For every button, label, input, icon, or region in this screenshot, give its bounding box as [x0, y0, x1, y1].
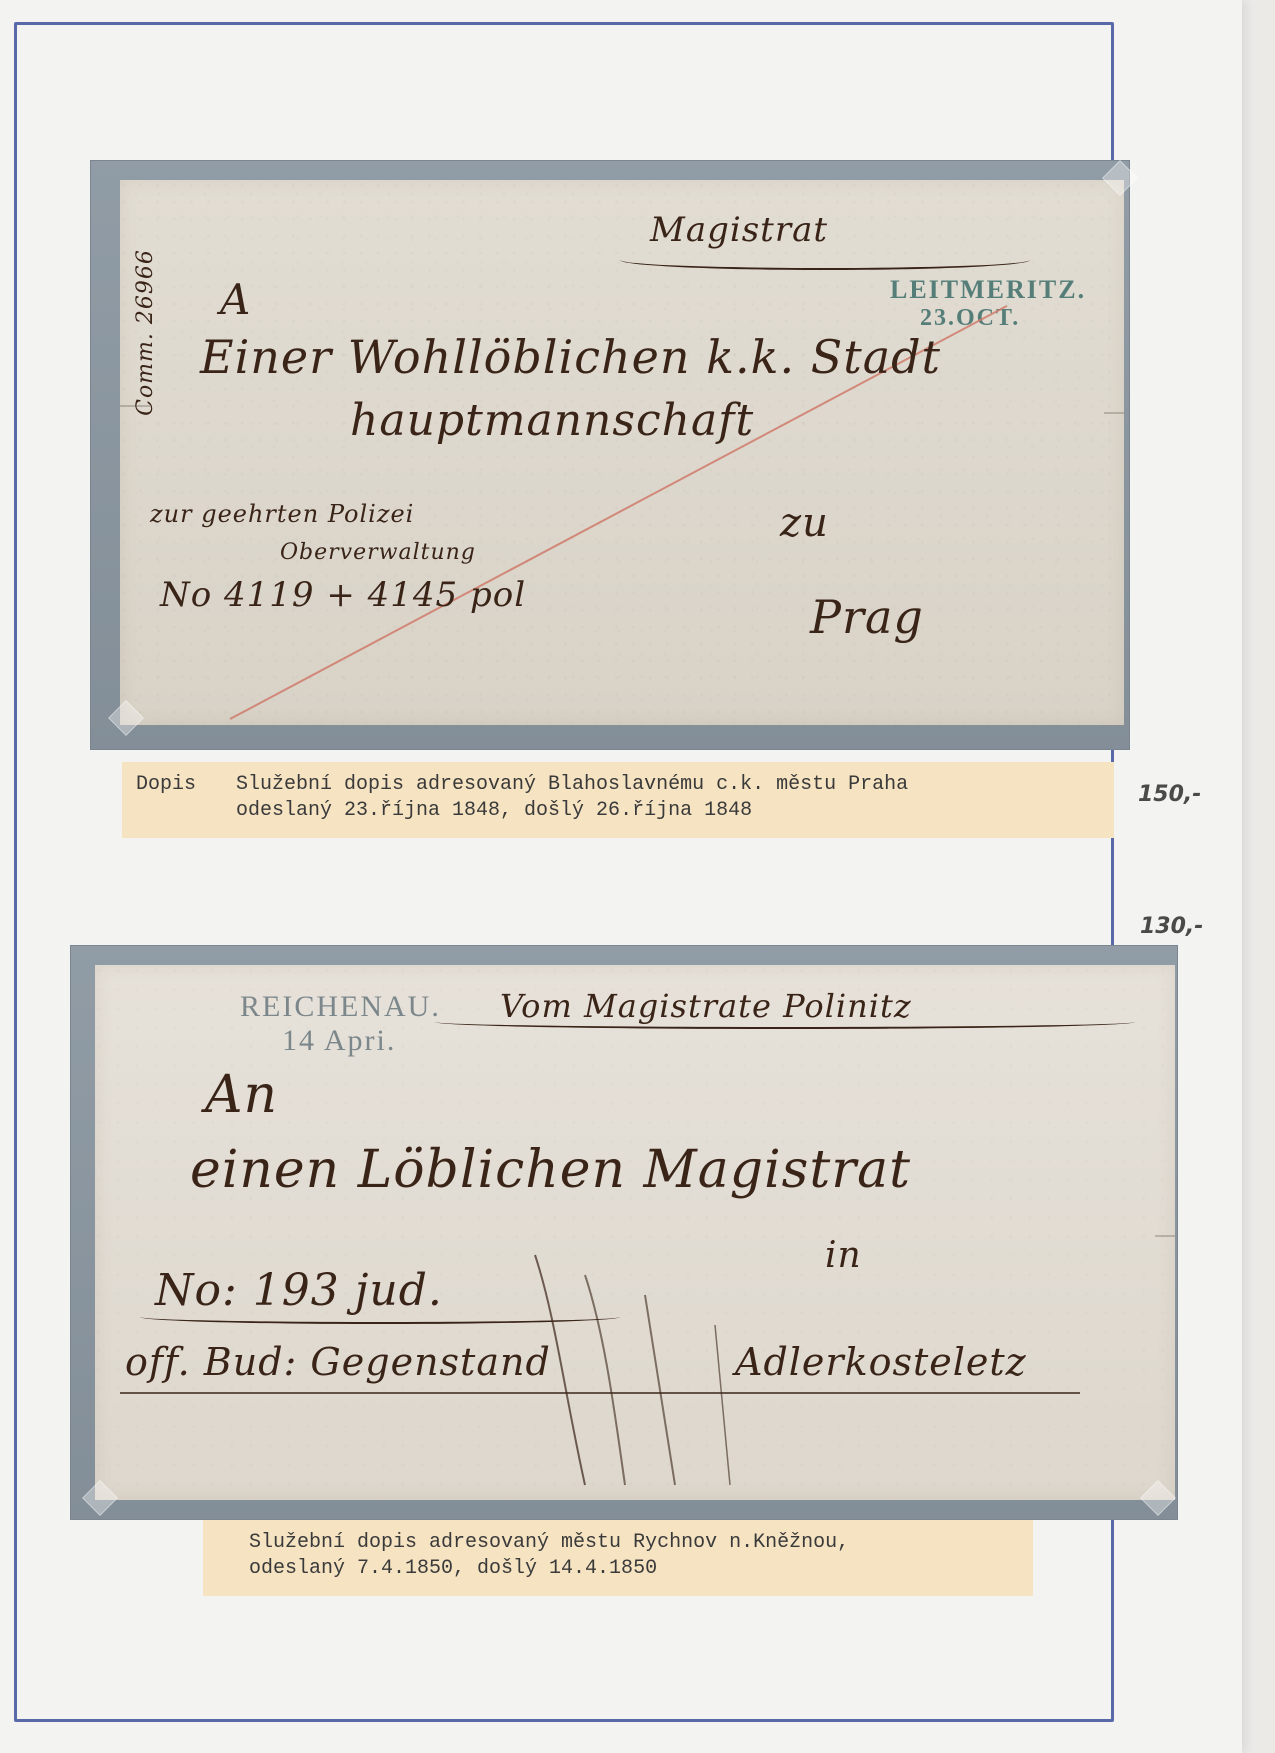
- address-line-2: hauptmannschaft: [350, 395, 754, 446]
- postmark-town: REICHENAU.: [240, 990, 441, 1024]
- top-right-handwriting: Magistrat: [650, 210, 828, 250]
- official-note: off. Bud: Gegenstand: [125, 1340, 551, 1384]
- greeting: An: [205, 1065, 278, 1125]
- fold-line: [1104, 412, 1124, 414]
- album-page: Comm. 26966 Magistrat LEITMERITZ. 23.OCT…: [0, 0, 1242, 1753]
- swash-underline: [620, 250, 1030, 270]
- destination-city: Prag: [810, 590, 924, 644]
- letter-cover-2[interactable]: REICHENAU. 14 Apri. Vom Magistrate Polin…: [95, 965, 1175, 1500]
- caption-line-2: odeslaný 7.4.1850, došlý 14.4.1850: [249, 1556, 1019, 1582]
- overwritten-notes: [525, 1235, 785, 1495]
- postmark-date: 14 Apri.: [240, 1024, 441, 1058]
- caption-line-2: odeslaný 23.října 1848, došlý 26.října 1…: [236, 798, 908, 824]
- caption-label-1: Dopis Služební dopis adresovaný Blahosla…: [122, 762, 1114, 838]
- caption-line-1: Služební dopis adresovaný městu Rychnov …: [249, 1530, 1019, 1556]
- postmark-date: 23.OCT.: [890, 305, 1086, 332]
- address-line-1: Einer Wohllöblichen k.k. Stadt: [200, 330, 941, 384]
- address-line-1: einen Löblichen Magistrat: [190, 1140, 911, 1200]
- price-note-2: 130,-: [1140, 914, 1203, 939]
- price-note-1: 150,-: [1138, 782, 1201, 807]
- postmark-reichenau: REICHENAU. 14 Apri.: [240, 990, 441, 1058]
- to-word: zu: [780, 500, 829, 546]
- side-note-handwriting: Comm. 26966: [133, 249, 158, 416]
- caption-prefix: Dopis: [136, 772, 236, 824]
- fold-line: [1155, 1235, 1175, 1237]
- swash-underline: [435, 1015, 1135, 1029]
- reference-number: No 4119 + 4145 pol: [160, 575, 526, 615]
- letter-cover-1[interactable]: Comm. 26966 Magistrat LEITMERITZ. 23.OCT…: [120, 180, 1124, 725]
- caption-line-1: Služební dopis adresovaný Blahoslavnému …: [236, 772, 908, 798]
- postmark-town: LEITMERITZ.: [890, 275, 1086, 305]
- reference-number: No: 193 jud.: [155, 1265, 443, 1316]
- caption-label-2: Služební dopis adresovaný městu Rychnov …: [203, 1520, 1033, 1596]
- left-note-line-2: Oberverwaltung: [280, 540, 476, 565]
- greeting: A: [220, 275, 251, 324]
- in-word: in: [825, 1235, 862, 1276]
- left-note-line-1: zur geehrten Polizei: [150, 500, 414, 528]
- postmark-leitmeritz: LEITMERITZ. 23.OCT.: [890, 275, 1086, 332]
